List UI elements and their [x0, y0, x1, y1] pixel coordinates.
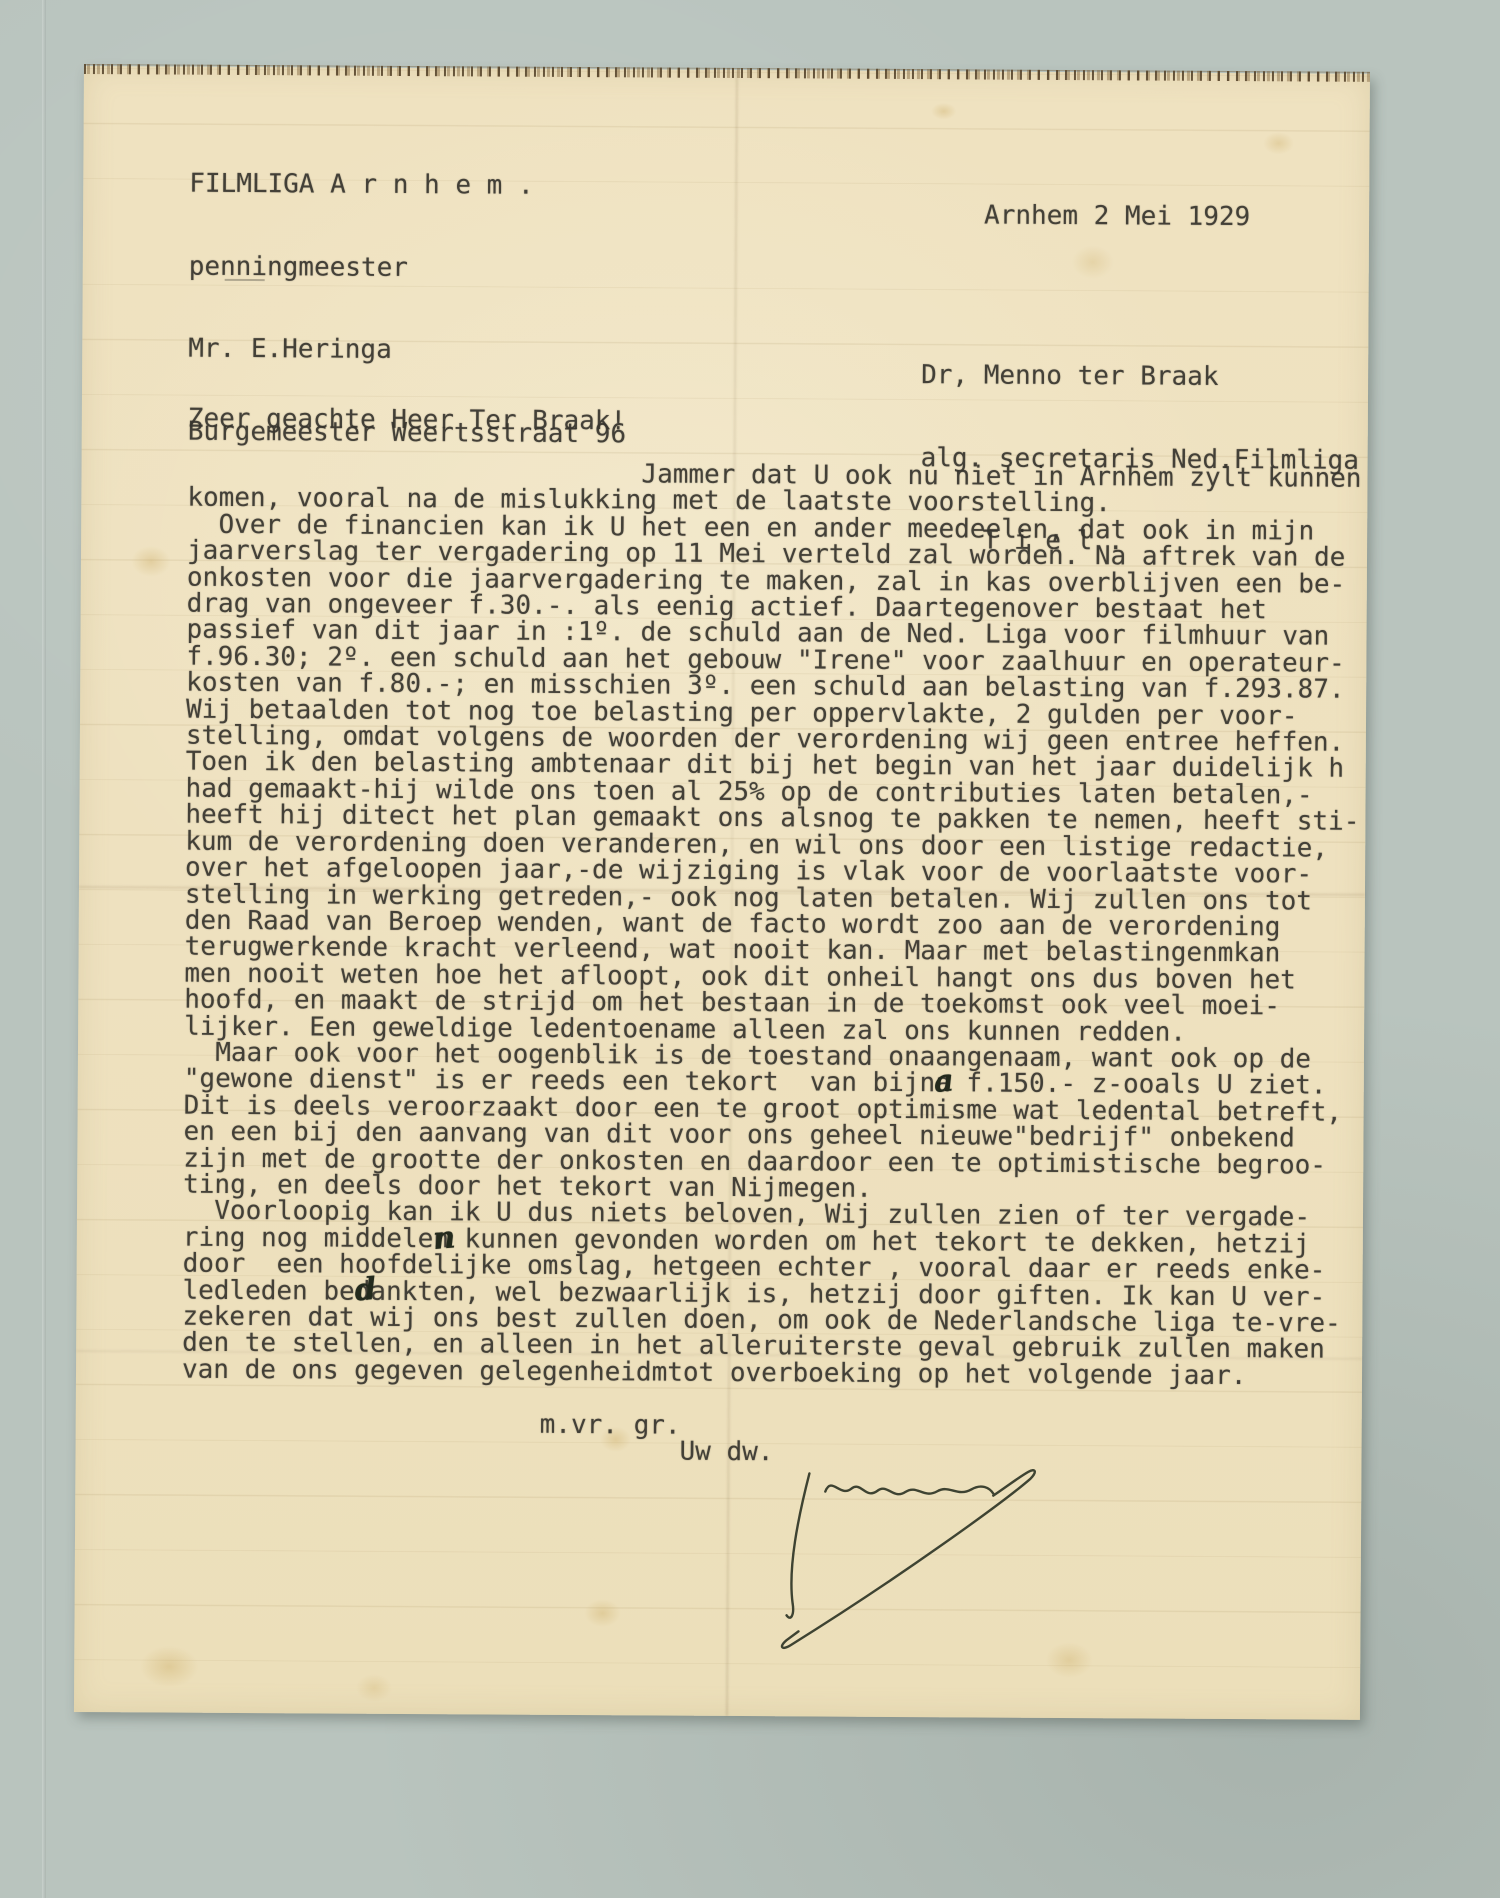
closing-greeting: m.vr. gr.	[540, 1412, 681, 1440]
sender-name: Mr. E.Heringa	[188, 336, 626, 366]
ink-correction-d: d	[353, 1271, 378, 1309]
letter-scan: FILMLIGA A r n h e m . penningmeester Mr…	[0, 0, 1500, 1898]
backing-board-fold	[42, 0, 46, 1898]
sender-organization: FILMLIGA A r n h e m .	[189, 171, 627, 201]
letter-paper: FILMLIGA A r n h e m . penningmeester Mr…	[74, 66, 1370, 1720]
salutation: Zeer geachte Heer Ter Braak!	[188, 406, 626, 436]
pencil-dash	[225, 279, 265, 281]
ink-correction-n: n	[431, 1219, 456, 1257]
signature-name-scrawl	[825, 1486, 993, 1495]
signature-initial-stroke	[787, 1473, 810, 1617]
signature-handwriting	[764, 1455, 1045, 1687]
ink-correction-a: a	[932, 1063, 955, 1101]
recipient-name: Dr, Menno ter Braak	[921, 362, 1359, 392]
sender-block: FILMLIGA A r n h e m . penningmeester Mr…	[187, 116, 628, 504]
body-line: van de ons gegeven gelegenheidmtot overb…	[182, 1356, 1356, 1390]
closing-signoff: Uw dw.	[679, 1439, 773, 1467]
letter-body: Jammer dat U ook nu niet in Arnhem zylt …	[182, 459, 1362, 1390]
signature-flourish	[782, 1469, 1035, 1650]
dateline: Arnhem 2 Mei 1929	[984, 203, 1250, 232]
